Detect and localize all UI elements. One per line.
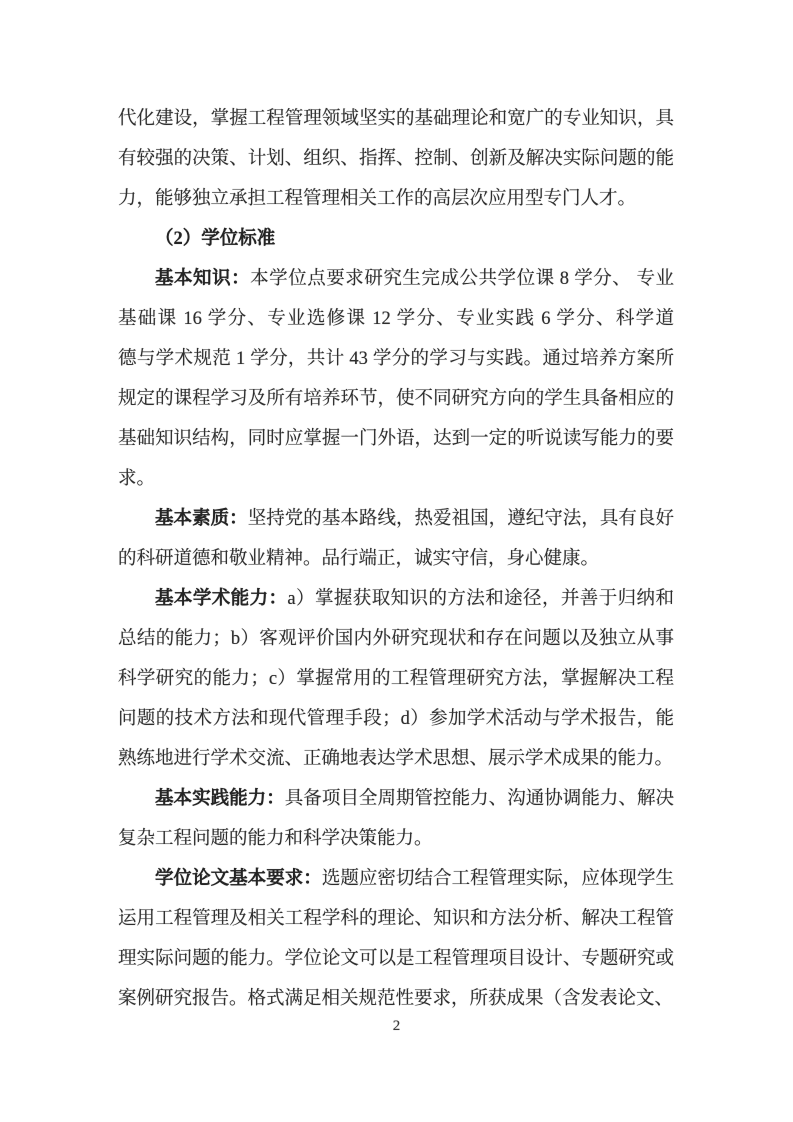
text-line: 学位论文基本要求：选题应密切结合工程管理实际，应体现学生 [118, 859, 674, 899]
text-line: 问题的技术方法和现代管理手段；d）参加学术活动与学术报告，能 [118, 699, 674, 739]
paragraph-lead: 学位论文基本要求： [155, 869, 322, 889]
paragraph-lead: 基本知识： [155, 269, 250, 289]
text-line: 基本学术能力：a）掌握获取知识的方法和途径，并善于归纳和 [118, 579, 674, 619]
text-line: 基本知识：本学位点要求研究生完成公共学位课 8 学分、 专业 [118, 259, 674, 299]
heading-text: （2）学位标准 [155, 229, 275, 249]
text-line-content: 坚持党的基本路线，热爱祖国，遵纪守法，具有良好 [248, 509, 674, 529]
text-line: 有较强的决策、计划、组织、指挥、控制、创新及解决实际问题的能 [118, 139, 674, 179]
text-line: 案例研究报告。格式满足相关规范性要求，所获成果（含发表论文、 [118, 979, 674, 1019]
text-line: 规定的课程学习及所有培养环节，使不同研究方向的学生具备相应的 [118, 379, 674, 419]
text-line: 理实际问题的能力。学位论文可以是工程管理项目设计、专题研究或 [118, 939, 674, 979]
section-heading: （2）学位标准 [118, 219, 674, 259]
text-line: 运用工程管理及相关工程学科的理论、知识和方法分析、解决工程管 [118, 899, 674, 939]
text-line: 德与学术规范 1 学分，共计 43 学分的学习与实践。通过培养方案所 [118, 339, 674, 379]
text-line: 复杂工程问题的能力和科学决策能力。 [118, 819, 674, 859]
text-line-content: a）掌握获取知识的方法和途径，并善于归纳和 [287, 589, 674, 609]
text-line: 熟练地进行学术交流、正确地表达学术思想、展示学术成果的能力。 [118, 739, 674, 779]
paragraph-lead: 基本实践能力： [155, 789, 285, 809]
text-line-content: 具备项目全周期管控能力、沟通协调能力、解决 [285, 789, 674, 809]
text-line: 求。 [118, 459, 674, 499]
text-block: 代化建设，掌握工程管理领域坚实的基础理论和宽广的专业知识，具有较强的决策、计划、… [118, 99, 674, 1019]
text-line: 基本素质：坚持党的基本路线，热爱祖国，遵纪守法，具有良好 [118, 499, 674, 539]
text-line: 的科研道德和敬业精神。品行端正，诚实守信，身心健康。 [118, 539, 674, 579]
paragraph-lead: 基本学术能力： [155, 589, 287, 609]
text-line: 科学研究的能力；c）掌握常用的工程管理研究方法，掌握解决工程 [118, 659, 674, 699]
text-line: 基本实践能力：具备项目全周期管控能力、沟通协调能力、解决 [118, 779, 674, 819]
document-page: 代化建设，掌握工程管理领域坚实的基础理论和宽广的专业知识，具有较强的决策、计划、… [0, 0, 793, 1122]
page-number: 2 [0, 1015, 793, 1037]
text-line: 基础知识结构，同时应掌握一门外语，达到一定的听说读写能力的要 [118, 419, 674, 459]
text-line: 力，能够独立承担工程管理相关工作的高层次应用型专门人才。 [118, 179, 674, 219]
text-line: 代化建设，掌握工程管理领域坚实的基础理论和宽广的专业知识，具 [118, 99, 674, 139]
text-line-content: 选题应密切结合工程管理实际，应体现学生 [322, 869, 674, 889]
paragraph-lead: 基本素质： [155, 509, 248, 529]
text-line-content: 本学位点要求研究生完成公共学位课 8 学分、 专业 [250, 269, 674, 289]
text-line: 总结的能力；b）客观评价国内外研究现状和存在问题以及独立从事 [118, 619, 674, 659]
text-line: 基础课 16 学分、专业选修课 12 学分、专业实践 6 学分、科学道 [118, 299, 674, 339]
text-line-content: 代化建设，掌握工程管理领域坚实的基础理论和宽广的专业知识，具 [118, 109, 674, 129]
